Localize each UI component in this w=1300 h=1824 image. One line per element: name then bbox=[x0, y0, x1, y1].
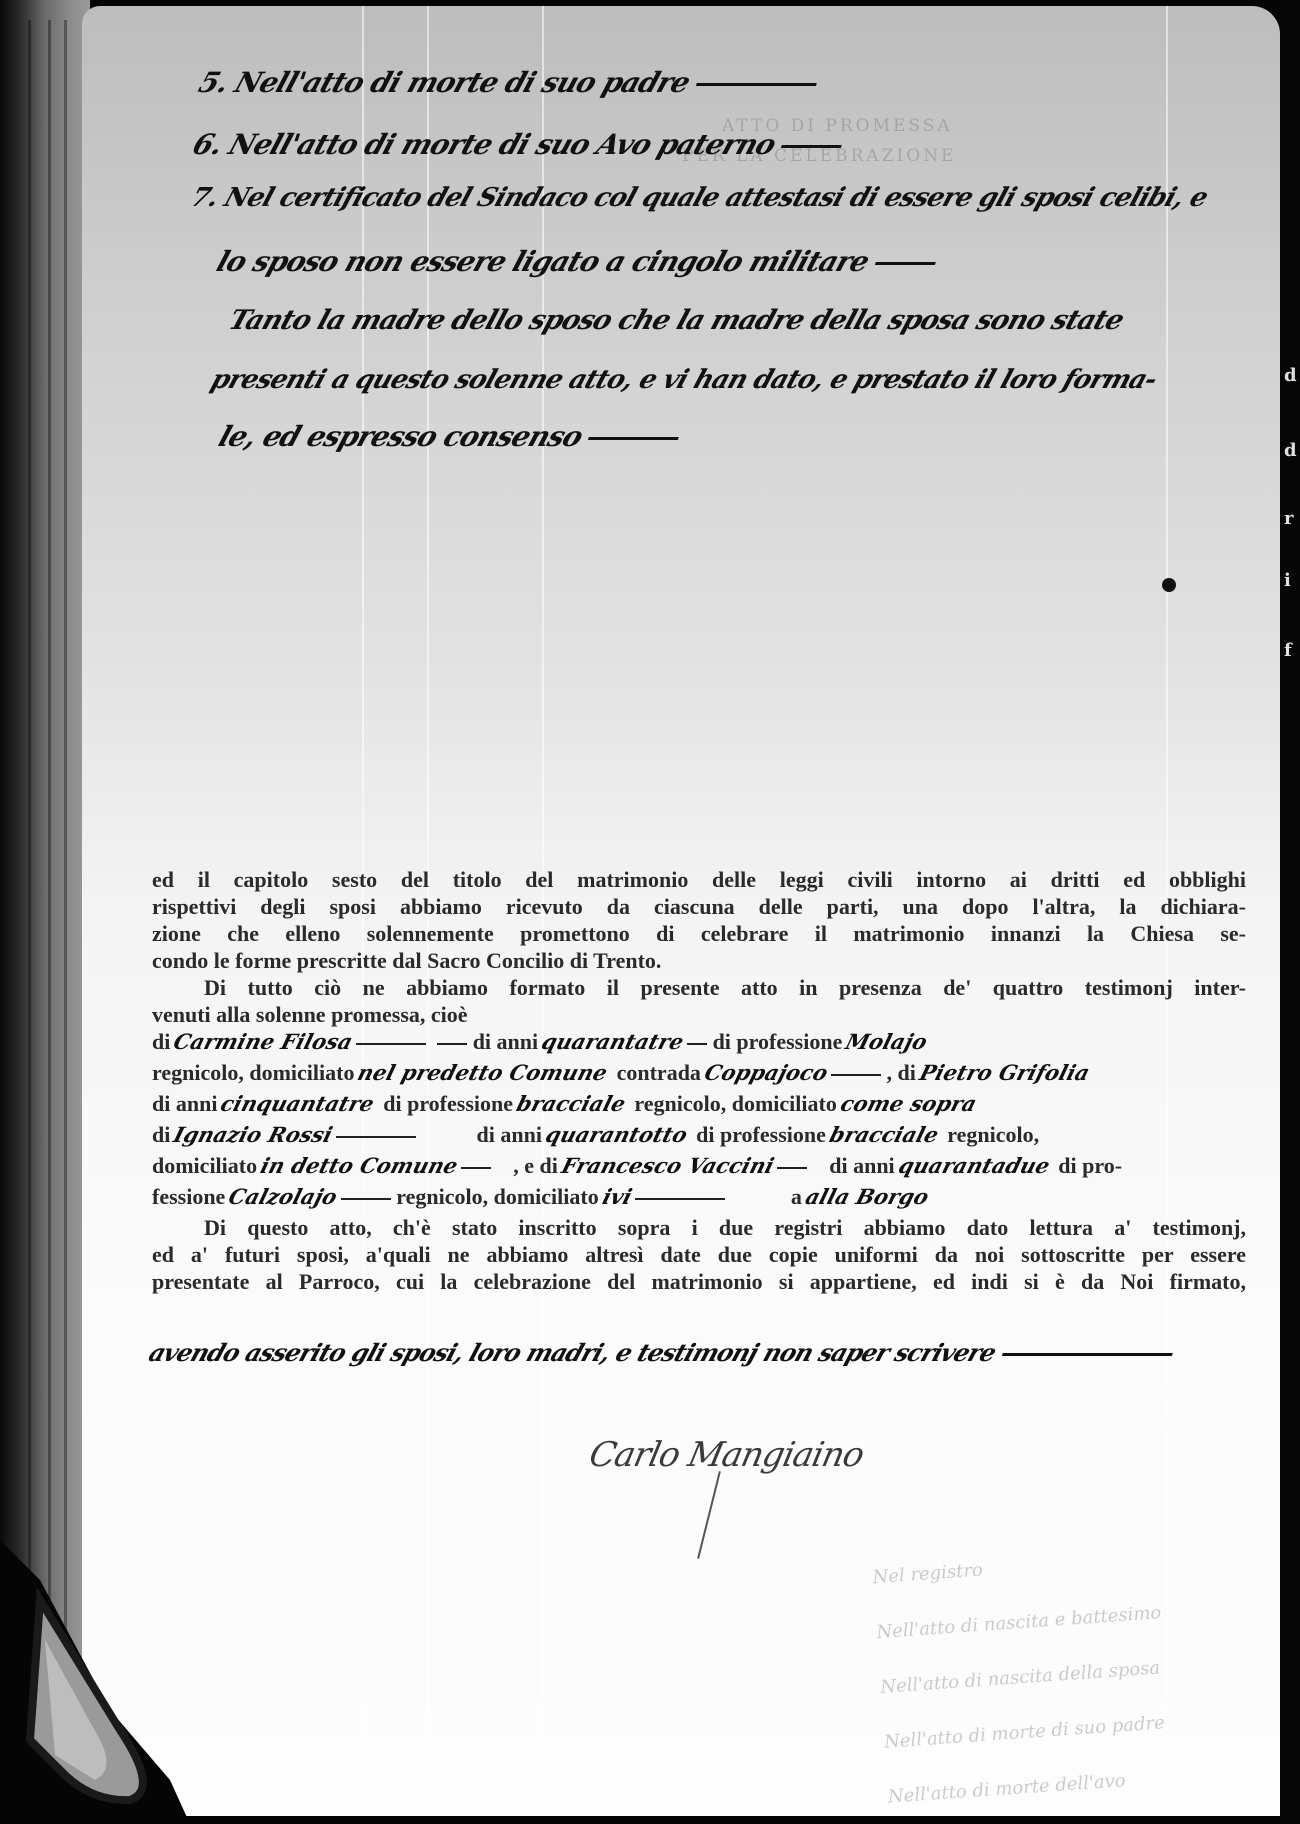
witness-4-name: Francesco Vaccini bbox=[554, 1152, 781, 1181]
witness-3-profession: bracciale bbox=[822, 1121, 946, 1150]
witness-row-2: regnicolo, domiciliatonel predetto Comun… bbox=[152, 1059, 1246, 1090]
witness-3-domicile: in detto Comune bbox=[253, 1152, 465, 1181]
witness-3-age: quarantotto bbox=[538, 1121, 694, 1150]
handwritten-footer-note: avendo asserito gli sposi, loro madri, e… bbox=[145, 1338, 1177, 1367]
printed-line: ed a' futuri sposi, a'quali ne abbiamo a… bbox=[152, 1241, 1246, 1268]
printed-line: condo le forme prescritte dal Sacro Conc… bbox=[152, 947, 1246, 974]
ink-blot bbox=[1162, 578, 1176, 592]
handwritten-line-7-cont: lo sposo non essere ligato a cingolo mil… bbox=[213, 245, 941, 278]
witness-2-profession: bracciale bbox=[509, 1090, 633, 1119]
handwritten-consent-line-3: le, ed espresso consenso bbox=[215, 420, 685, 453]
witness-row-3: di annicinquantatre di professionebracci… bbox=[152, 1090, 1246, 1121]
witness-4-profession: Calzolajo bbox=[221, 1183, 344, 1212]
witness-4-street: alla Borgo bbox=[798, 1183, 936, 1212]
handwritten-line-7: 7. Nel certificato del Sindaco col quale… bbox=[187, 183, 1211, 213]
facing-page-edge: d d r i f bbox=[1280, 0, 1300, 1824]
handwritten-consent-line-2: presenti a questo solenne atto, e vi han… bbox=[207, 365, 1160, 395]
printed-line: Di questo atto, ch'è stato inscritto sop… bbox=[152, 1214, 1246, 1241]
handwritten-line-6: 6. Nell'atto di morte di suo Avo paterno bbox=[189, 128, 848, 161]
witness-row-6: fessioneCalzolajo regnicolo, domiciliato… bbox=[152, 1183, 1246, 1214]
printed-line: zione che elleno solennemente promettono… bbox=[152, 920, 1246, 947]
torn-page-corner bbox=[0, 1540, 190, 1824]
bleedthrough-notes: Nel registro Nell'atto di nascita e batt… bbox=[871, 1530, 1175, 1824]
printed-line: venuti alla solenne promessa, cioè bbox=[152, 1001, 1246, 1028]
witness-2-name: Pietro Grifolia bbox=[912, 1059, 1097, 1088]
officer-signature: Carlo Mangiaino bbox=[586, 1435, 867, 1475]
witness-row-1: diCarmine Filosa di anniquarantatre di p… bbox=[152, 1028, 1246, 1059]
witness-row-5: domiciliatoin detto Comune , e diFrances… bbox=[152, 1152, 1246, 1183]
witness-1-profession: Molajo bbox=[838, 1028, 934, 1057]
witness-1-name: Carmine Filosa bbox=[166, 1028, 360, 1057]
printed-line: rispettivi degli sposi abbiamo ricevuto … bbox=[152, 893, 1246, 920]
handwritten-line-5: 5. Nell'atto di morte di suo padre bbox=[195, 66, 822, 99]
witness-4-domicile: ivi bbox=[595, 1183, 639, 1212]
witness-3-name: Ignazio Rossi bbox=[166, 1121, 339, 1150]
witness-2-age: cinquantatre bbox=[214, 1090, 382, 1119]
witness-2-domicile: come sopra bbox=[833, 1090, 984, 1119]
witness-4-age: quarantadue bbox=[891, 1152, 1057, 1181]
witness-1-street: Coppajoco bbox=[697, 1059, 835, 1088]
witness-row-4: diIgnazio Rossi di anniquarantotto di pr… bbox=[152, 1121, 1246, 1152]
handwritten-consent-line-1: Tanto la madre dello sposo che la madre … bbox=[225, 305, 1127, 336]
printed-line: Di tutto ciò ne abbiamo formato il prese… bbox=[152, 974, 1246, 1001]
witness-1-age: quarantatre bbox=[534, 1028, 691, 1057]
printed-line: presentate al Parroco, cui la celebrazio… bbox=[152, 1268, 1246, 1295]
printed-line: ed il capitolo sesto del titolo del matr… bbox=[152, 866, 1246, 893]
witness-1-domicile: nel predetto Comune bbox=[351, 1059, 615, 1088]
printed-text-block: ed il capitolo sesto del titolo del matr… bbox=[152, 866, 1246, 1295]
